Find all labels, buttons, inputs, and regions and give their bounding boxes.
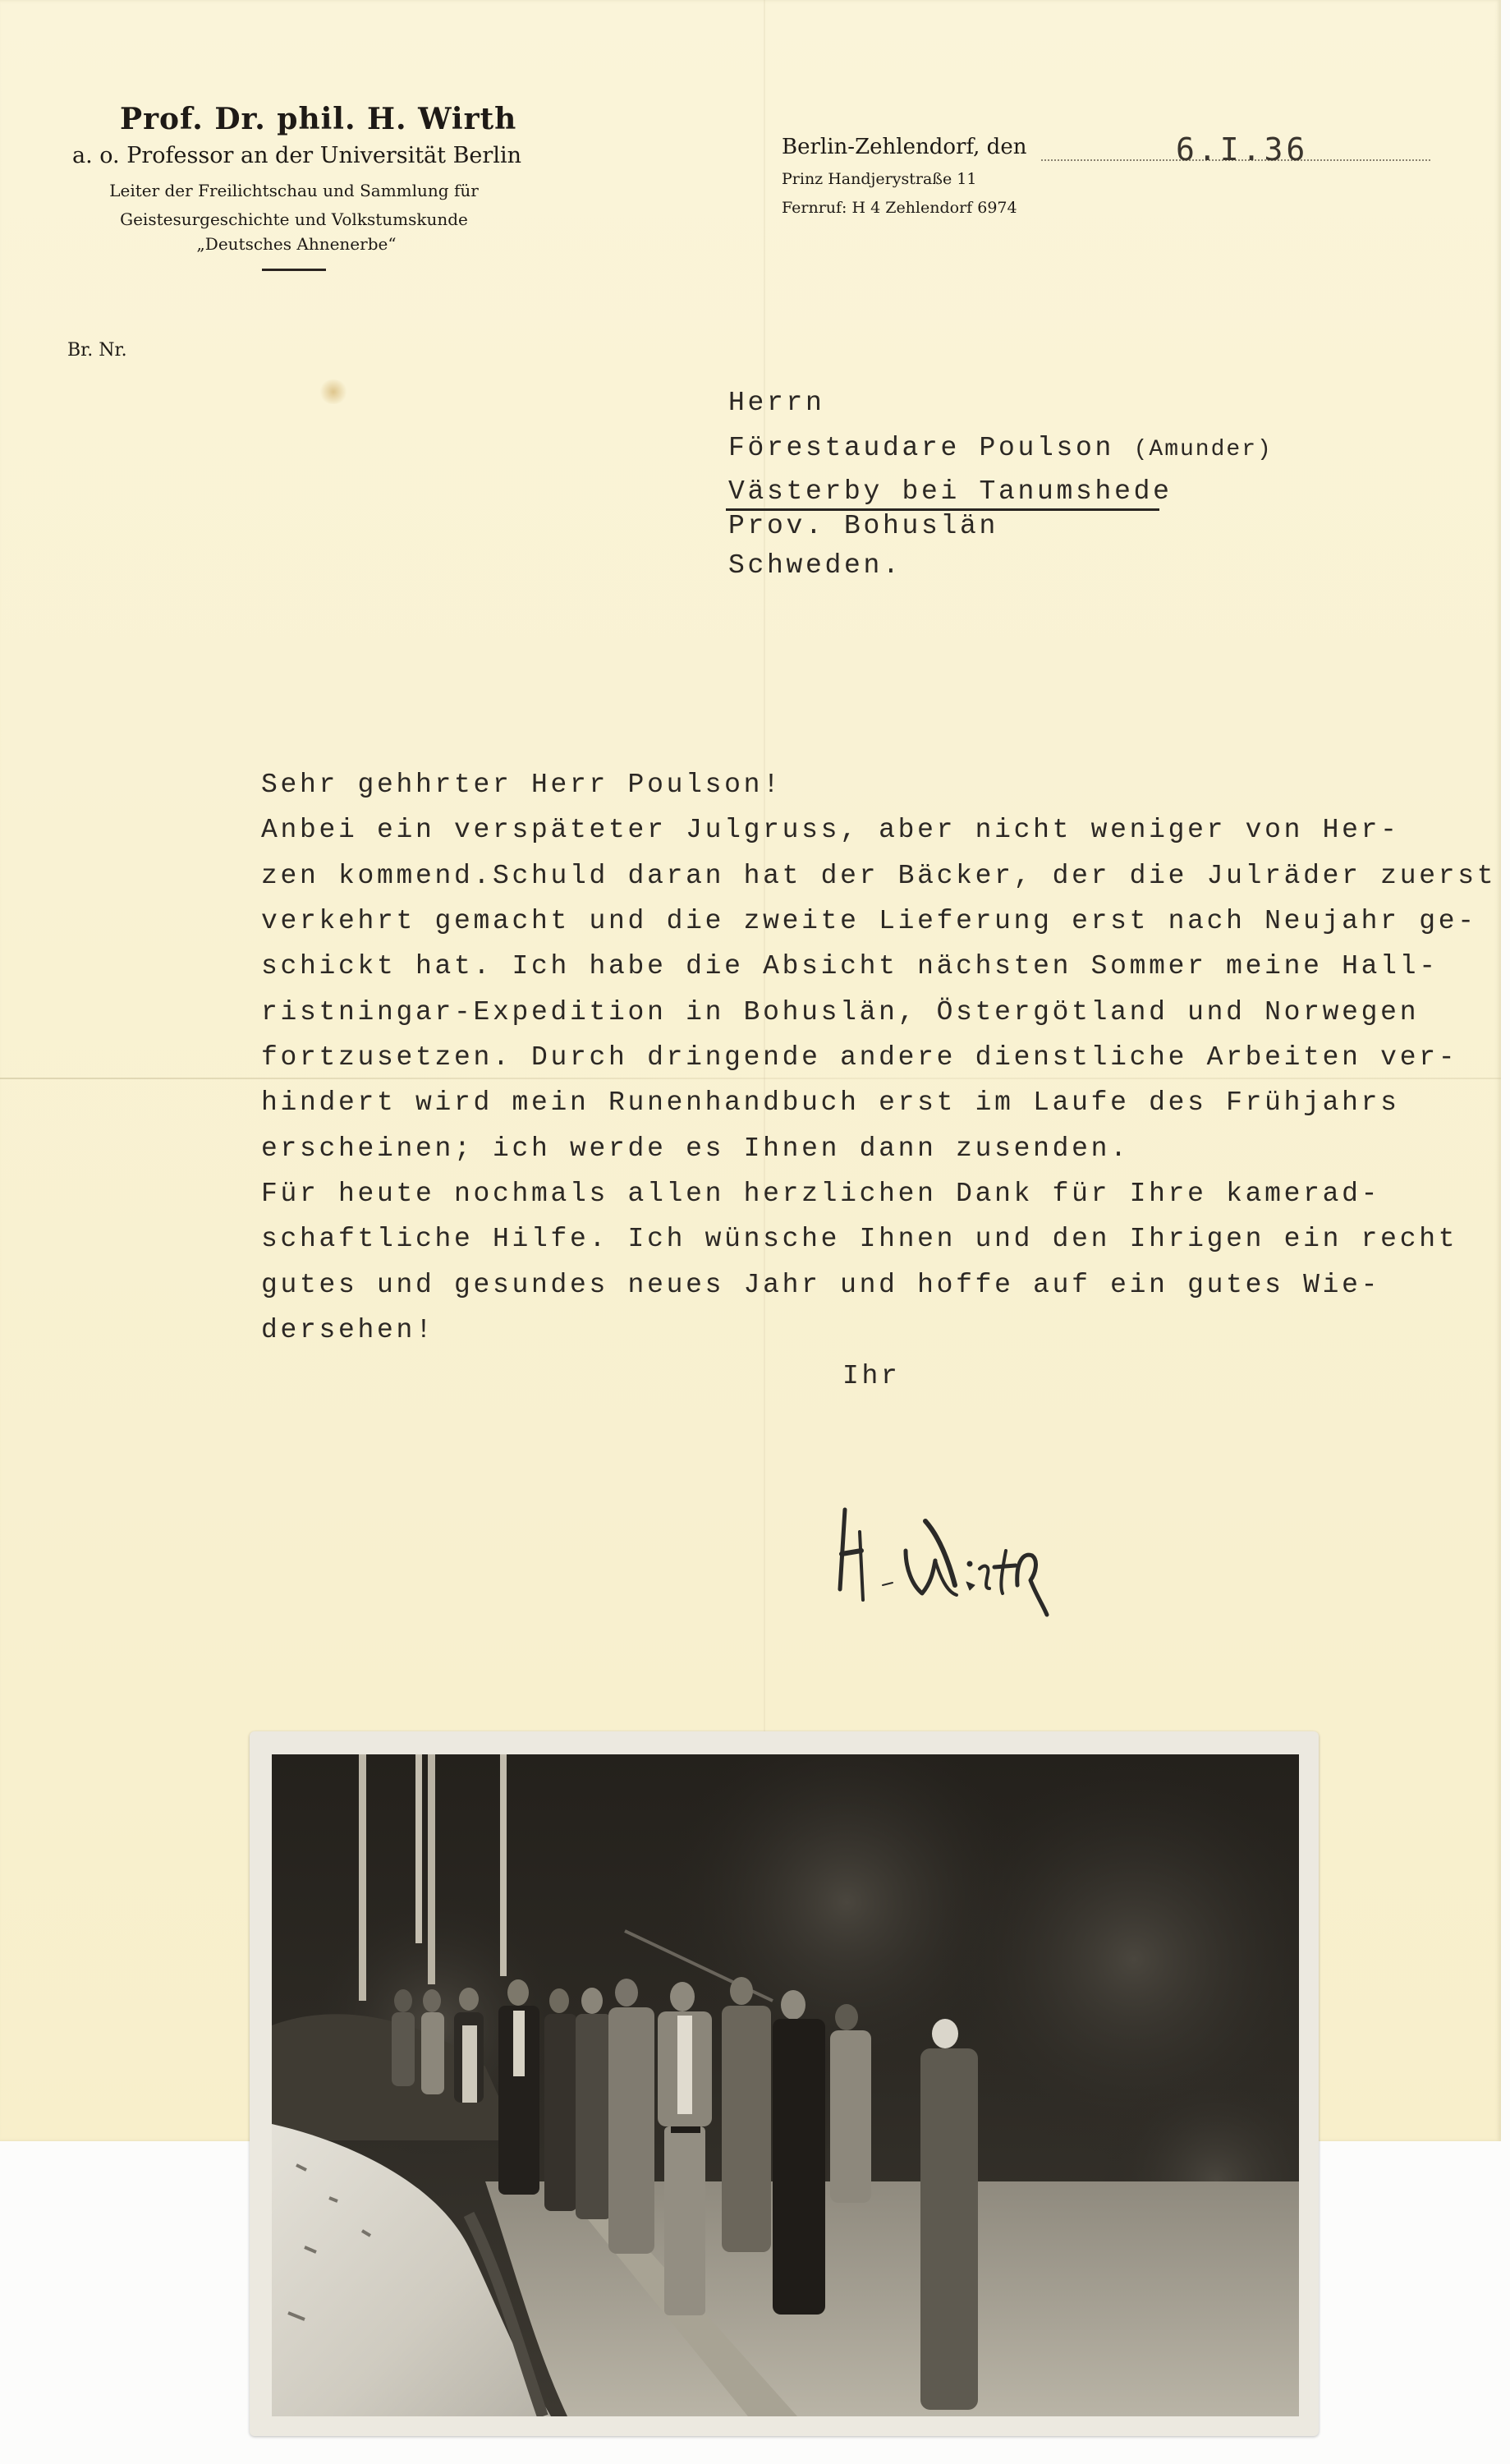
letter-line: ristningar-Expedition in Bohuslän, Öster…: [261, 999, 1419, 1026]
letterhead-name: Prof. Dr. phil. H. Wirth: [120, 102, 474, 136]
recipient-locality: Västerby bei Tanumshede: [728, 478, 1173, 505]
sender-phone: Fernruf: H 4 Zehlendorf 6974: [782, 199, 1017, 217]
reference-label: Br. Nr.: [67, 340, 127, 361]
group-photograph: [272, 1754, 1299, 2416]
letter-line: hindert wird mein Runenhandbuch erst im …: [261, 1089, 1400, 1116]
letter-line: verkehrt gemacht und die zweite Lieferun…: [261, 908, 1477, 935]
paper-stain: [319, 379, 348, 404]
letterhead-role-line-1: Leiter der Freilichtschau und Sammlung f…: [89, 181, 499, 200]
signature-icon: [833, 1503, 1055, 1626]
letter-line: fortzusetzen. Durch dringende andere die…: [261, 1044, 1457, 1071]
letterhead-role-line-3: „Deutsches Ahnenerbe“: [189, 234, 404, 254]
recipient-name-note: (Amunder): [1134, 437, 1273, 462]
letter-date: 6.I.36: [1176, 131, 1308, 168]
letter-line: Anbei ein verspäteter Julgruss, aber nic…: [261, 816, 1400, 844]
letter-line: zen kommend.Schuld daran hat der Bäcker,…: [261, 862, 1496, 890]
letter-closing: Ihr: [842, 1363, 901, 1390]
photo-scene-icon: [272, 1754, 1299, 2416]
recipient-country: Schweden.: [728, 552, 902, 579]
letterhead-rule: [262, 269, 326, 271]
letter-greeting: Sehr gehhrter Herr Poulson!: [261, 771, 783, 798]
horizontal-fold-line: [0, 1078, 1501, 1079]
letterhead-role-line-2: Geistesurgeschichte und Volkstumskunde: [107, 209, 481, 229]
sender-street: Prinz Handjerystraße 11: [782, 170, 976, 188]
recipient-name-line: Förestaudare Poulson (Amunder): [728, 434, 1273, 462]
recipient-salutation: Herrn: [728, 389, 825, 416]
recipient-name: Förestaudare Poulson: [728, 433, 1114, 463]
letter-line: Für heute nochmals allen herzlichen Dank…: [261, 1180, 1380, 1207]
recipient-province: Prov. Bohuslän: [728, 513, 998, 540]
letter-line: schaftliche Hilfe. Ich wünsche Ihnen und…: [261, 1225, 1457, 1253]
letter-line: schickt hat. Ich habe die Absicht nächst…: [261, 953, 1439, 980]
place-label: Berlin-Zehlendorf, den: [782, 135, 1026, 159]
letterhead-position: a. o. Professor an der Universität Berli…: [72, 143, 521, 168]
letter-line: dersehen!: [261, 1317, 435, 1344]
letter-line: erscheinen; ich werde es Ihnen dann zuse…: [261, 1135, 1130, 1162]
letter-line: gutes und gesundes neues Jahr und hoffe …: [261, 1271, 1380, 1299]
